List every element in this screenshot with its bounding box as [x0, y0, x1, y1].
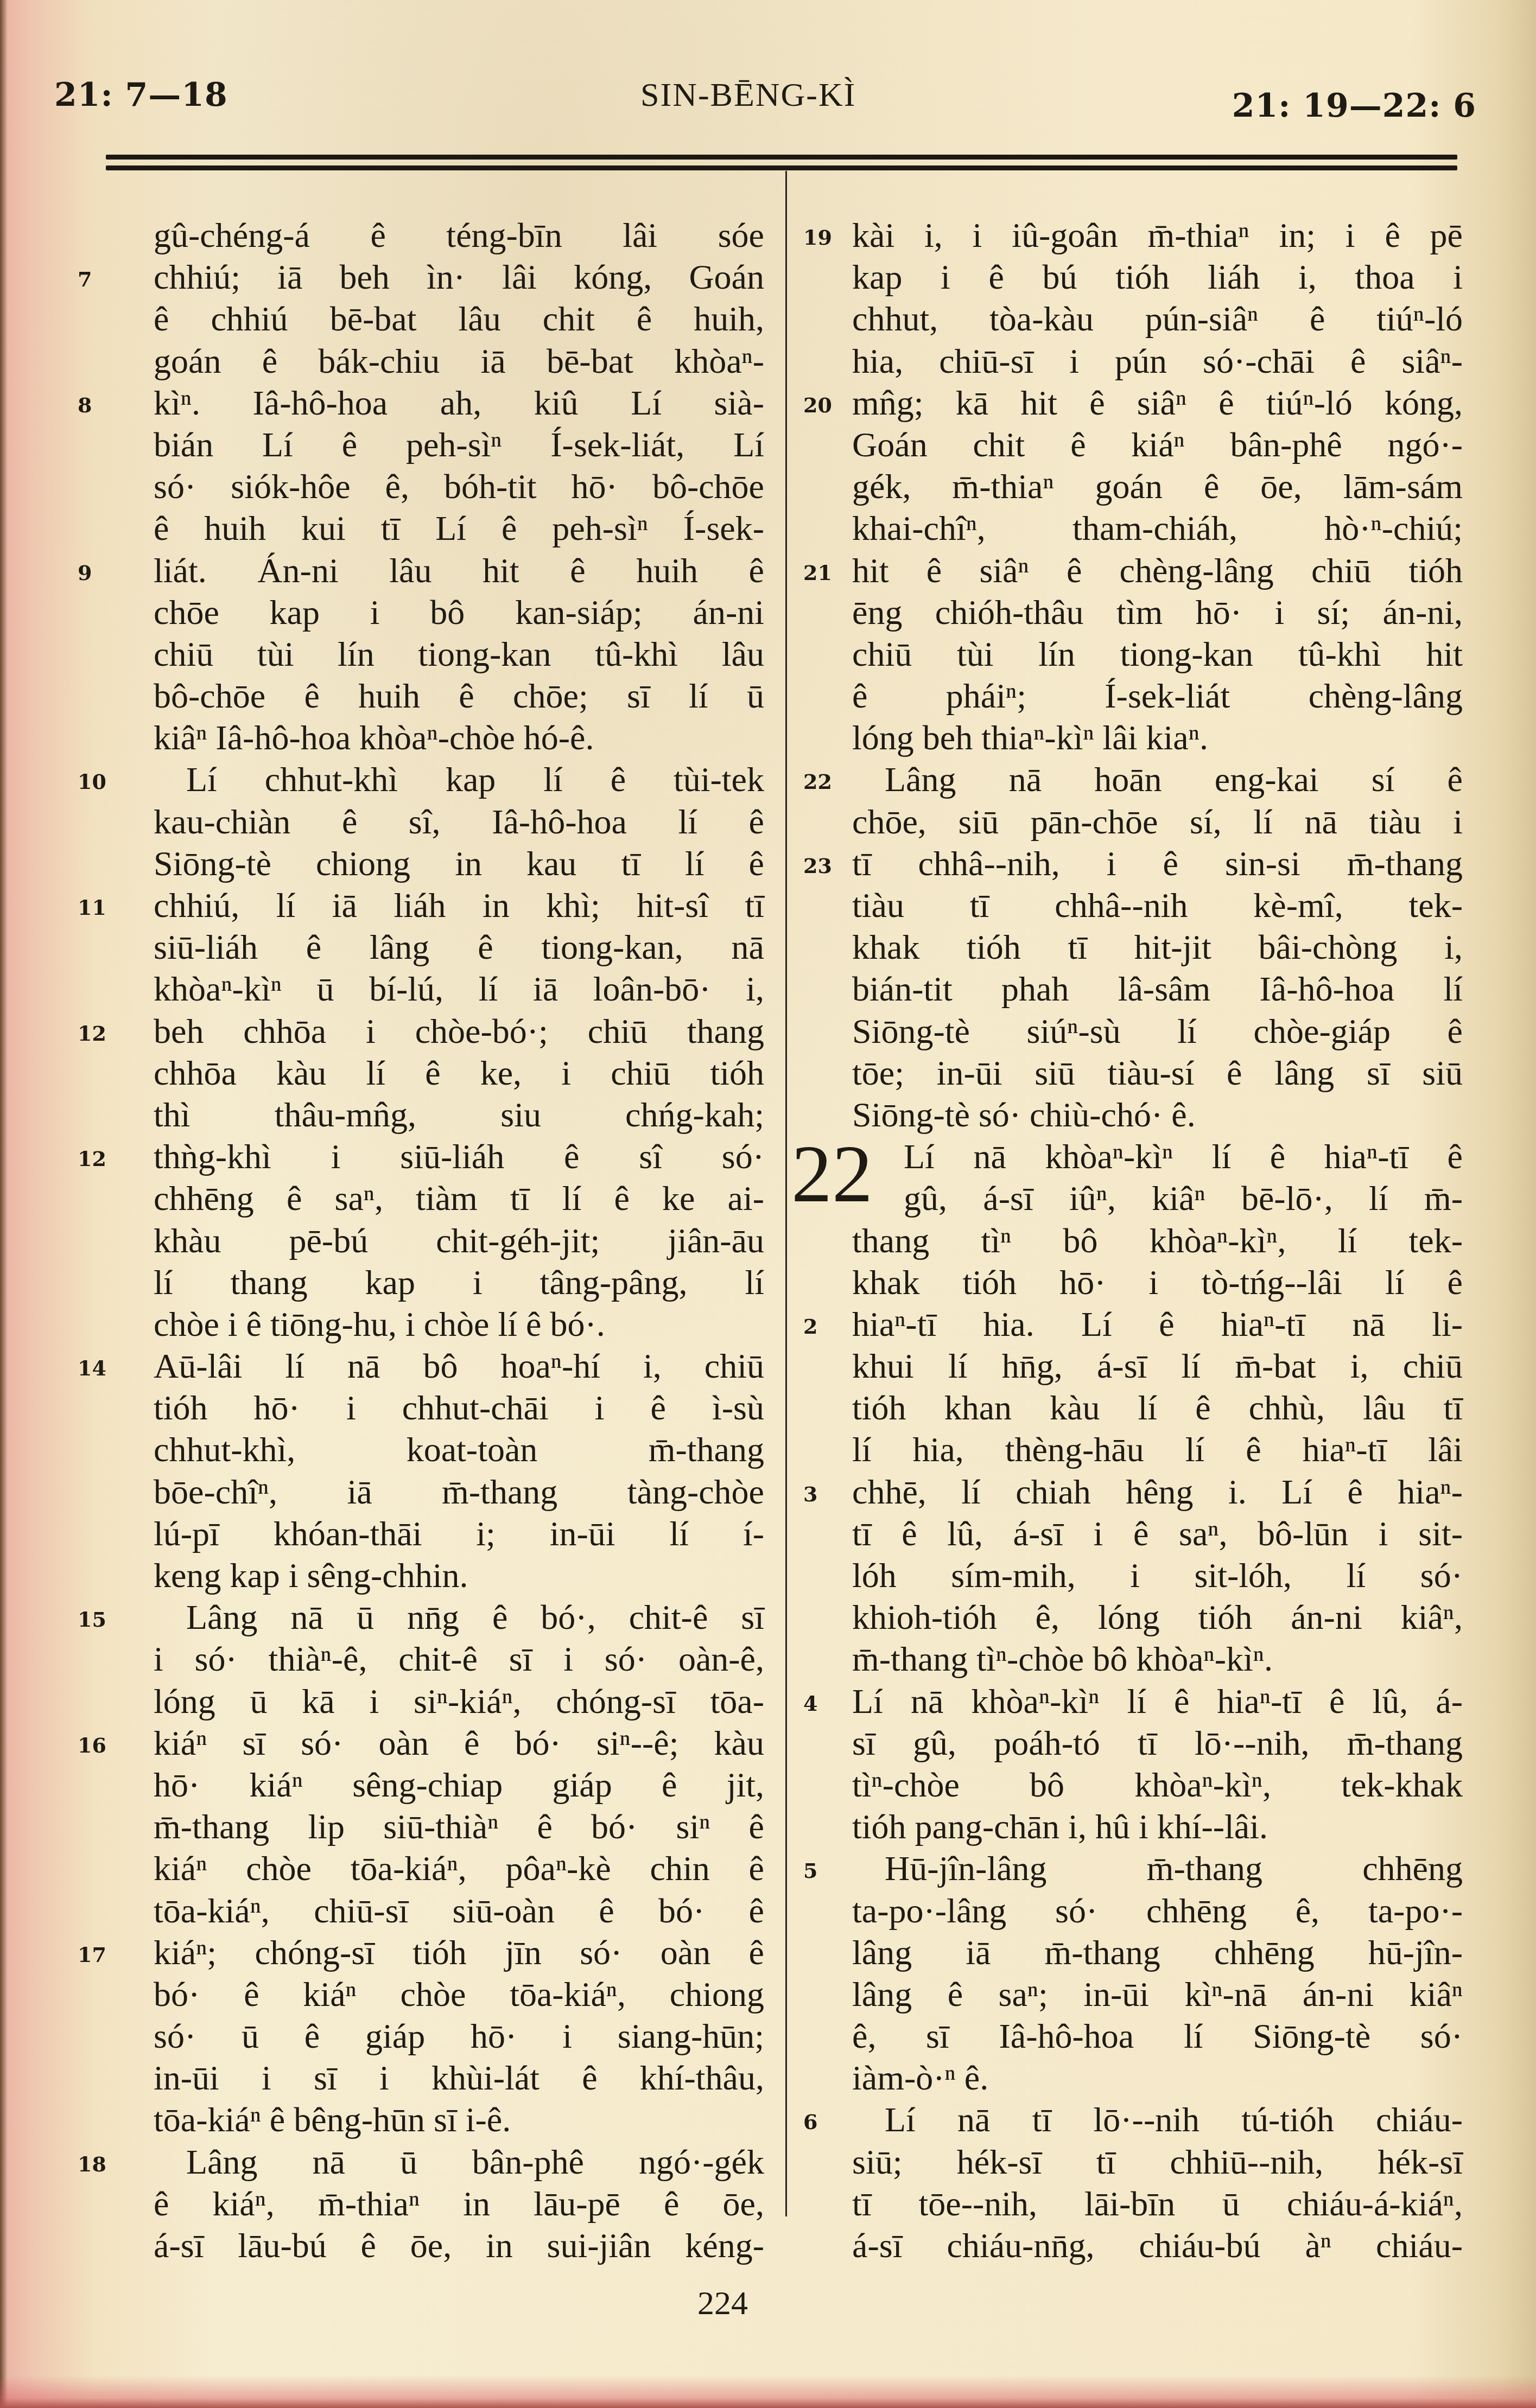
text-line: khak tióh hō· i tò-tńg--lâi lí ê [852, 1262, 1463, 1303]
line-text: bián Lí ê peh-sìⁿ Í-sek-liát, Lí [154, 425, 764, 464]
text-line: 8kìⁿ. Iâ-hô-hoa ah, kiû Lí sià- [154, 382, 764, 424]
text-line: khioh-tióh ê, lóng tióh án-ni kiâⁿ, [852, 1596, 1463, 1638]
line-text: gû, á-sī iûⁿ, kiâⁿ bē-lō·, lí m̄- [904, 1179, 1463, 1218]
text-line: tōa-kiáⁿ, chiū-sī siū-oàn ê bó· ê [154, 1890, 764, 1932]
text-line: ê chhiú bē-bat lâu chit ê huih, [154, 298, 764, 340]
running-header: 21: 7—18 SIN-BĒNG-KÌ 21: 19—22: 6 [0, 76, 1536, 136]
line-text: só· ū ê giáp hō· i siang-hūn; [154, 2017, 764, 2055]
line-text: hit ê siâⁿ ê chèng-lâng chiū tióh [852, 551, 1463, 590]
text-line: 23tī chhâ--nih, i ê sin-si m̄-thang [852, 843, 1463, 884]
line-text: tìⁿ-chòe bô khòaⁿ-kìⁿ, tek-khak [852, 1766, 1463, 1804]
line-text: ê huih kui tī Lí ê peh-sìⁿ Í-sek- [154, 509, 764, 547]
verse-number: 23 [803, 845, 832, 887]
verse-number: 20 [803, 384, 832, 426]
verse-number: 2 [803, 1305, 817, 1347]
line-text: ê kiáⁿ, m̄-thiaⁿ in lāu-pē ê ōe, [154, 2184, 764, 2223]
text-line: ê kiáⁿ, m̄-thiaⁿ in lāu-pē ê ōe, [154, 2183, 764, 2225]
text-line: chòe i ê tiōng-hu, i chòe lí ê bó·. [154, 1303, 764, 1345]
line-text: kiâⁿ Iâ-hô-hoa khòaⁿ-chòe hó-ê. [154, 718, 594, 757]
line-text: tī chhâ--nih, i ê sin-si m̄-thang [852, 844, 1463, 883]
text-line: siū; hék-sī tī chhiū--nih, hék-sī [852, 2141, 1463, 2183]
line-text: khai-chîⁿ, tham-chiáh, hò·ⁿ-chiú; [852, 509, 1463, 547]
line-text: kìⁿ. Iâ-hô-hoa ah, kiû Lí sià- [154, 384, 764, 422]
text-line: 14Aū-lâi lí nā bô hoaⁿ-hí i, chiū [154, 1345, 764, 1387]
header-rule-bottom [106, 165, 1457, 170]
text-line: khòaⁿ-kìⁿ ū bí-lú, lí iā loân-bō· i, [154, 968, 764, 1010]
line-text: Hū-jîn-lâng m̄-thang chhēng [885, 1849, 1463, 1888]
text-line: 5Hū-jîn-lâng m̄-thang chhēng [852, 1848, 1463, 1889]
text-line: 9liát. Án-ni lâu hit ê huih ê [154, 550, 764, 591]
text-line: tī ê lû, á-sī i ê saⁿ, bô-lūn i sit- [852, 1513, 1463, 1555]
text-line: chhut, tòa-kàu pún-siâⁿ ê tiúⁿ-ló [852, 298, 1463, 340]
line-text: chhut-khì, koat-toàn m̄-thang [154, 1430, 764, 1469]
line-text: á-sī lāu-bú ê ōe, in sui-jiân kéng- [154, 2226, 764, 2265]
verse-number: 9 [78, 552, 92, 594]
text-line: tióh pang-chān i, hû i khí--lâi. [852, 1806, 1463, 1848]
text-line: chōe, siū pān-chōe sí, lí nā tiàu i [852, 801, 1463, 843]
line-text: in-ūi i sī i khùi-lát ê khí-thâu, [154, 2059, 764, 2097]
text-line: 19kài i, i iû-goân m̄-thiaⁿ in; i ê pē [852, 214, 1463, 256]
line-text: Siōng-tè chiong in kau tī lí ê [154, 844, 764, 883]
text-line: tiàu tī chhâ--nih kè-mî, tek- [852, 884, 1463, 926]
text-line: só· siók-hôe ê, bóh-tit hō· bô-chōe [154, 466, 764, 507]
text-line: in-ūi i sī i khùi-lát ê khí-thâu, [154, 2057, 764, 2099]
text-line: lóng ū kā i siⁿ-kiáⁿ, chóng-sī tōa- [154, 1680, 764, 1722]
text-line: tióh hō· i chhut-chāi i ê ì-sù [154, 1387, 764, 1429]
line-text: lóng beh thiaⁿ-kìⁿ lâi kiaⁿ. [852, 718, 1208, 757]
line-text: hiaⁿ-tī hia. Lí ê hiaⁿ-tī nā li- [852, 1305, 1463, 1343]
line-text: ta-po·-lâng só· chhēng ê, ta-po·- [852, 1891, 1463, 1930]
line-text: liát. Án-ni lâu hit ê huih ê [154, 551, 764, 590]
verse-number: 15 [78, 1598, 106, 1640]
verse-number: 6 [803, 2101, 817, 2143]
line-text: ēng chióh-thâu tìm hō· i sí; án-ni, [852, 593, 1463, 632]
line-text: thǹg-khì i siū-liáh ê sî só· [154, 1137, 764, 1176]
line-text: tióh khan kàu lí ê chhù, lâu tī [852, 1388, 1463, 1427]
text-line: m̄-thang lip siū-thiàⁿ ê bó· siⁿ ê [154, 1806, 764, 1848]
text-line: chhōa kàu lí ê ke, i chiū tióh [154, 1052, 764, 1094]
line-text: chiū tùi lín tiong-kan tû-khì lâu [154, 635, 764, 673]
header-book-title: SIN-BĒNG-KÌ [640, 76, 856, 114]
line-text: tōe; in-ūi siū tiàu-sí ê lâng sī siū [852, 1054, 1463, 1092]
text-line: só· ū ê giáp hō· i siang-hūn; [154, 2015, 764, 2057]
line-text: mn̂g; kā hit ê siâⁿ ê tiúⁿ-ló kóng, [852, 384, 1463, 422]
text-line: sī gû, poáh-tó tī lō·--nih, m̄-thang [852, 1722, 1463, 1764]
verse-number: 22 [803, 761, 832, 802]
text-line: iàm-ò·ⁿ ê. [852, 2057, 1463, 2099]
line-text: chōe, siū pān-chōe sí, lí nā tiàu i [852, 802, 1463, 841]
verse-number: 8 [78, 384, 92, 426]
text-line: thì thâu-mn̂g, siu chńg-kah; [154, 1094, 764, 1136]
verse-number: 11 [78, 887, 106, 928]
line-text: Lâng nā ū bân-phê ngó·-gék [186, 2143, 764, 2181]
text-line: 16kiáⁿ sī só· oàn ê bó· siⁿ--ê; kàu [154, 1722, 764, 1764]
text-line: 3chhē, lí chiah hêng i. Lí ê hiaⁿ- [852, 1471, 1463, 1513]
line-text: Lí nā tī lō·--nih tú-tióh chiáu- [885, 2100, 1463, 2139]
text-line: Goán chit ê kiáⁿ bân-phê ngó·- [852, 424, 1463, 466]
text-line: ê pháiⁿ; Í-sek-liát chèng-lâng [852, 675, 1463, 717]
line-text: kiáⁿ chòe tōa-kiáⁿ, pôaⁿ-kè chin ê [154, 1849, 764, 1888]
book-spine-shadow [0, 0, 8, 2408]
line-text: chōe kap i bô kan-siáp; án-ni [154, 593, 764, 632]
verse-number: 16 [78, 1724, 106, 1766]
text-line: gû, á-sī iûⁿ, kiâⁿ bē-lō·, lí m̄- [852, 1177, 1463, 1219]
column-divider [785, 171, 787, 2216]
line-text: tī ê lû, á-sī i ê saⁿ, bô-lūn i sit- [852, 1514, 1463, 1553]
line-text: thì thâu-mn̂g, siu chńg-kah; [154, 1095, 764, 1134]
line-text: bōe-chîⁿ, iā m̄-thang tàng-chòe [154, 1473, 764, 1511]
text-line: Siōng-tè só· chiù-chó· ê. [852, 1094, 1463, 1136]
text-line: tìⁿ-chòe bô khòaⁿ-kìⁿ, tek-khak [852, 1764, 1463, 1806]
page-number: 224 [697, 2284, 748, 2323]
text-line: kau-chiàn ê sî, Iâ-hô-hoa lí ê [154, 801, 764, 843]
right-text-column: 19kài i, i iû-goân m̄-thiaⁿ in; i ê pēka… [852, 214, 1463, 2266]
text-line: 12thǹg-khì i siū-liáh ê sî só· [154, 1136, 764, 1177]
text-line: hō· kiáⁿ sêng-chiap giáp ê jit, [154, 1764, 764, 1806]
header-verse-range-right: 21: 19—22: 6 [1232, 87, 1476, 125]
text-line: 4Lí nā khòaⁿ-kìⁿ lí ê hiaⁿ-tī ê lû, á- [852, 1680, 1463, 1722]
line-text: kiáⁿ; chóng-sī tióh jīn só· oàn ê [154, 1933, 764, 1972]
line-text: kap i ê bú tióh liáh i, thoa i [852, 258, 1463, 296]
text-line: gû-chéng-á ê téng-bīn lâi sóe [154, 214, 764, 256]
line-text: Goán chit ê kiáⁿ bân-phê ngó·- [852, 425, 1463, 464]
line-text: bó· ê kiáⁿ chòe tōa-kiáⁿ, chiong [154, 1975, 764, 2014]
verse-number: 19 [803, 216, 832, 258]
line-text: hō· kiáⁿ sêng-chiap giáp ê jit, [154, 1766, 764, 1804]
line-text: gû-chéng-á ê téng-bīn lâi sóe [154, 216, 764, 254]
line-text: bô-chōe ê huih ê chōe; sī lí ū [154, 677, 764, 715]
text-line: tōa-kiáⁿ ê bêng-hūn sī i-ê. [154, 2099, 764, 2141]
verse-number: 7 [78, 258, 92, 300]
text-line: chōe kap i bô kan-siáp; án-ni [154, 591, 764, 633]
text-line: 22Lí nā khòaⁿ-kìⁿ lí ê hiaⁿ-tī ê [852, 1136, 1463, 1177]
line-text: siū; hék-sī tī chhiū--nih, hék-sī [852, 2143, 1463, 2181]
text-line: chiū tùi lín tiong-kan tû-khì lâu [154, 633, 764, 675]
text-line: 12beh chhōa i chòe-bó·; chiū thang [154, 1010, 764, 1052]
line-text: lâng iā m̄-thang chhēng hū-jîn- [852, 1933, 1463, 1972]
line-text: keng kap i sêng-chhin. [154, 1556, 468, 1595]
page-edge-stain [0, 2375, 1536, 2408]
text-line: kap i ê bú tióh liáh i, thoa i [852, 256, 1463, 298]
verse-number: 3 [803, 1473, 817, 1515]
text-line: bô-chōe ê huih ê chōe; sī lí ū [154, 675, 764, 717]
line-text: tióh hō· i chhut-chāi i ê ì-sù [154, 1388, 764, 1427]
text-line: siū-liáh ê lâng ê tiong-kan, nā [154, 926, 764, 968]
text-line: tióh khan kàu lí ê chhù, lâu tī [852, 1387, 1463, 1429]
text-line: m̄-thang tìⁿ-chòe bô khòaⁿ-kìⁿ. [852, 1638, 1463, 1680]
verse-number: 12 [78, 1138, 106, 1180]
text-line: lí thang kap i tâng-pâng, lí [154, 1262, 764, 1303]
text-line: goán ê bák-chiu iā bē-bat khòaⁿ- [154, 340, 764, 382]
line-text: kau-chiàn ê sî, Iâ-hô-hoa lí ê [154, 802, 764, 841]
line-text: chòe i ê tiōng-hu, i chòe lí ê bó·. [154, 1305, 605, 1343]
line-text: m̄-thang tìⁿ-chòe bô khòaⁿ-kìⁿ. [852, 1640, 1273, 1678]
text-line: lóng beh thiaⁿ-kìⁿ lâi kiaⁿ. [852, 717, 1463, 759]
text-line: ēng chióh-thâu tìm hō· i sí; án-ni, [852, 591, 1463, 633]
text-line: keng kap i sêng-chhin. [154, 1555, 764, 1596]
line-text: Aū-lâi lí nā bô hoaⁿ-hí i, chiū [154, 1347, 764, 1385]
line-text: khòaⁿ-kìⁿ ū bí-lú, lí iā loân-bō· i, [154, 970, 764, 1008]
text-line: ê huih kui tī Lí ê peh-sìⁿ Í-sek- [154, 507, 764, 549]
text-line: 6Lí nā tī lō·--nih tú-tióh chiáu- [852, 2099, 1463, 2141]
verse-number: 14 [78, 1347, 106, 1389]
line-text: Lí chhut-khì kap lí ê tùi-tek [186, 760, 764, 799]
text-line: bián-tit phah lâ-sâm Iâ-hô-hoa lí [852, 968, 1463, 1010]
line-text: khui lí hn̄g, á-sī lí m̄-bat i, chiū [852, 1347, 1463, 1385]
verse-number: 10 [78, 761, 106, 802]
text-line: 20mn̂g; kā hit ê siâⁿ ê tiúⁿ-ló kóng, [852, 382, 1463, 424]
header-rule-top [106, 155, 1457, 160]
line-text: chhiú, lí iā liáh in khì; hit-sî tī [154, 886, 764, 925]
text-line: á-sī lāu-bú ê ōe, in sui-jiân kéng- [154, 2225, 764, 2266]
line-text: khak tióh tī hit-jit bâi-chòng i, [852, 928, 1463, 966]
line-text: khàu pē-bú chit-géh-jit; jiân-āu [154, 1221, 764, 1260]
text-line: hia, chiū-sī i pún só·-chāi ê siâⁿ- [852, 340, 1463, 382]
verse-number: 5 [803, 1850, 817, 1891]
text-line: chhut-khì, koat-toàn m̄-thang [154, 1429, 764, 1470]
line-text: chhut, tòa-kàu pún-siâⁿ ê tiúⁿ-ló [852, 300, 1463, 338]
line-text: lí thang kap i tâng-pâng, lí [154, 1263, 764, 1302]
line-text: Siōng-tè siúⁿ-sù lí chòe-giáp ê [852, 1012, 1463, 1050]
line-text: khioh-tióh ê, lóng tióh án-ni kiâⁿ, [852, 1598, 1463, 1636]
line-text: chhiú; iā beh ìn· lâi kóng, Goán [154, 258, 764, 296]
text-line: thang tìⁿ bô khòaⁿ-kìⁿ, lí tek- [852, 1220, 1463, 1262]
line-text: chhē, lí chiah hêng i. Lí ê hiaⁿ- [852, 1473, 1463, 1511]
line-text: Siōng-tè só· chiù-chó· ê. [852, 1095, 1196, 1134]
line-text: tōa-kiáⁿ ê bêng-hūn sī i-ê. [154, 2100, 511, 2139]
line-text: kiáⁿ sī só· oàn ê bó· siⁿ--ê; kàu [154, 1724, 764, 1762]
text-line: ê, sī Iâ-hô-hoa lí Siōng-tè só· [852, 2015, 1463, 2057]
text-line: khak tióh tī hit-jit bâi-chòng i, [852, 926, 1463, 968]
line-text: só· siók-hôe ê, bóh-tit hō· bô-chōe [154, 467, 764, 506]
line-text: lóng ū kā i siⁿ-kiáⁿ, chóng-sī tōa- [154, 1682, 764, 1721]
text-line: 7chhiú; iā beh ìn· lâi kóng, Goán [154, 256, 764, 298]
text-line: khàu pē-bú chit-géh-jit; jiân-āu [154, 1220, 764, 1262]
line-text: gék, m̄-thiaⁿ goán ê ōe, lām-sám [852, 467, 1463, 506]
text-line: kiáⁿ chòe tōa-kiáⁿ, pôaⁿ-kè chin ê [154, 1848, 764, 1889]
line-text: Lâng nā ū nn̄g ê bó·, chit-ê sī [186, 1598, 764, 1636]
text-line: lú-pī khóan-thāi i; in-ūi lí í- [154, 1513, 764, 1555]
text-line: gék, m̄-thiaⁿ goán ê ōe, lām-sám [852, 466, 1463, 507]
line-text: chiū tùi lín tiong-kan tû-khì hit [852, 635, 1463, 673]
text-line: á-sī chiáu-nn̄g, chiáu-bú àⁿ chiáu- [852, 2225, 1463, 2266]
text-line: 22Lâng nā hoān eng-kai sí ê [852, 759, 1463, 800]
line-text: lí hia, thèng-hāu lí ê hiaⁿ-tī lâi [852, 1430, 1463, 1469]
text-line: chiū tùi lín tiong-kan tû-khì hit [852, 633, 1463, 675]
line-text: ê chhiú bē-bat lâu chit ê huih, [154, 300, 764, 338]
text-line: bó· ê kiáⁿ chòe tōa-kiáⁿ, chiong [154, 1973, 764, 2015]
line-text: ê, sī Iâ-hô-hoa lí Siōng-tè só· [852, 2017, 1463, 2055]
line-text: tōa-kiáⁿ, chiū-sī siū-oàn ê bó· ê [154, 1891, 764, 1930]
text-line: tī tōe--nih, lāi-bīn ū chiáu-á-kiáⁿ, [852, 2183, 1463, 2225]
text-line: lâng ê saⁿ; in-ūi kìⁿ-nā án-ni kiâⁿ [852, 1973, 1463, 2015]
text-line: 21hit ê siâⁿ ê chèng-lâng chiū tióh [852, 550, 1463, 591]
line-text: Lí nā khòaⁿ-kìⁿ lí ê hiaⁿ-tī ê [904, 1137, 1463, 1176]
text-line: kiâⁿ Iâ-hô-hoa khòaⁿ-chòe hó-ê. [154, 717, 764, 759]
line-text: lóh sím-mih, i sit-lóh, lí só· [852, 1556, 1463, 1595]
line-text: khak tióh hō· i tò-tńg--lâi lí ê [852, 1263, 1463, 1302]
text-line: bián Lí ê peh-sìⁿ Í-sek-liát, Lí [154, 424, 764, 466]
text-line: 10Lí chhut-khì kap lí ê tùi-tek [154, 759, 764, 800]
text-line: 11chhiú, lí iā liáh in khì; hit-sî tī [154, 884, 764, 926]
header-verse-range-left: 21: 7—18 [54, 76, 228, 114]
line-text: kài i, i iû-goân m̄-thiaⁿ in; i ê pē [852, 216, 1463, 254]
line-text: sī gû, poáh-tó tī lō·--nih, m̄-thang [852, 1724, 1463, 1762]
line-text: m̄-thang lip siū-thiàⁿ ê bó· siⁿ ê [154, 1807, 764, 1846]
text-line: lóh sím-mih, i sit-lóh, lí só· [852, 1555, 1463, 1596]
line-text: chhōa kàu lí ê ke, i chiū tióh [154, 1054, 764, 1092]
line-text: Lí nā khòaⁿ-kìⁿ lí ê hiaⁿ-tī ê lû, á- [852, 1682, 1463, 1721]
text-line: khai-chîⁿ, tham-chiáh, hò·ⁿ-chiú; [852, 507, 1463, 549]
text-line: Siōng-tè chiong in kau tī lí ê [154, 843, 764, 884]
left-text-column: gû-chéng-á ê téng-bīn lâi sóe7chhiú; iā … [154, 214, 764, 2266]
verse-number: 4 [803, 1683, 817, 1724]
text-line: lâng iā m̄-thang chhēng hū-jîn- [852, 1932, 1463, 1973]
line-text: bián-tit phah lâ-sâm Iâ-hô-hoa lí [852, 970, 1463, 1008]
text-line: 2hiaⁿ-tī hia. Lí ê hiaⁿ-tī nā li- [852, 1303, 1463, 1345]
text-line: tōe; in-ūi siū tiàu-sí ê lâng sī siū [852, 1052, 1463, 1094]
text-line: lí hia, thèng-hāu lí ê hiaⁿ-tī lâi [852, 1429, 1463, 1470]
text-line: i só· thiàⁿ-ê, chit-ê sī i só· oàn-ê, [154, 1638, 764, 1680]
text-line: 18Lâng nā ū bân-phê ngó·-gék [154, 2141, 764, 2183]
line-text: siū-liáh ê lâng ê tiong-kan, nā [154, 928, 764, 966]
text-line: Siōng-tè siúⁿ-sù lí chòe-giáp ê [852, 1010, 1463, 1052]
verse-number: 18 [78, 2143, 106, 2185]
line-text: lú-pī khóan-thāi i; in-ūi lí í- [154, 1514, 764, 1553]
line-text: chhēng ê saⁿ, tiàm tī lí ê ke ai- [154, 1179, 764, 1218]
text-line: chhēng ê saⁿ, tiàm tī lí ê ke ai- [154, 1177, 764, 1219]
text-line: bōe-chîⁿ, iā m̄-thang tàng-chòe [154, 1471, 764, 1513]
line-text: lâng ê saⁿ; in-ūi kìⁿ-nā án-ni kiâⁿ [852, 1975, 1463, 2014]
line-text: á-sī chiáu-nn̄g, chiáu-bú àⁿ chiáu- [852, 2226, 1463, 2265]
verse-number: 17 [78, 1934, 106, 1976]
line-text: tiàu tī chhâ--nih kè-mî, tek- [852, 886, 1463, 925]
line-text: i só· thiàⁿ-ê, chit-ê sī i só· oàn-ê, [154, 1640, 764, 1678]
line-text: tī tōe--nih, lāi-bīn ū chiáu-á-kiáⁿ, [852, 2184, 1463, 2223]
text-line: khui lí hn̄g, á-sī lí m̄-bat i, chiū [852, 1345, 1463, 1387]
verse-number: 21 [803, 552, 832, 594]
line-text: thang tìⁿ bô khòaⁿ-kìⁿ, lí tek- [852, 1221, 1463, 1260]
line-text: beh chhōa i chòe-bó·; chiū thang [154, 1012, 764, 1050]
verse-number: 12 [78, 1012, 106, 1054]
line-text: hia, chiū-sī i pún só·-chāi ê siâⁿ- [852, 342, 1463, 380]
line-text: iàm-ò·ⁿ ê. [852, 2059, 988, 2097]
text-line: ta-po·-lâng só· chhēng ê, ta-po·- [852, 1890, 1463, 1932]
line-text: Lâng nā hoān eng-kai sí ê [885, 760, 1463, 799]
line-text: goán ê bák-chiu iā bē-bat khòaⁿ- [154, 342, 764, 380]
text-line: 15Lâng nā ū nn̄g ê bó·, chit-ê sī [154, 1596, 764, 1638]
text-line: 17kiáⁿ; chóng-sī tióh jīn só· oàn ê [154, 1932, 764, 1973]
line-text: ê pháiⁿ; Í-sek-liát chèng-lâng [852, 677, 1463, 715]
line-text: tióh pang-chān i, hû i khí--lâi. [852, 1807, 1268, 1846]
